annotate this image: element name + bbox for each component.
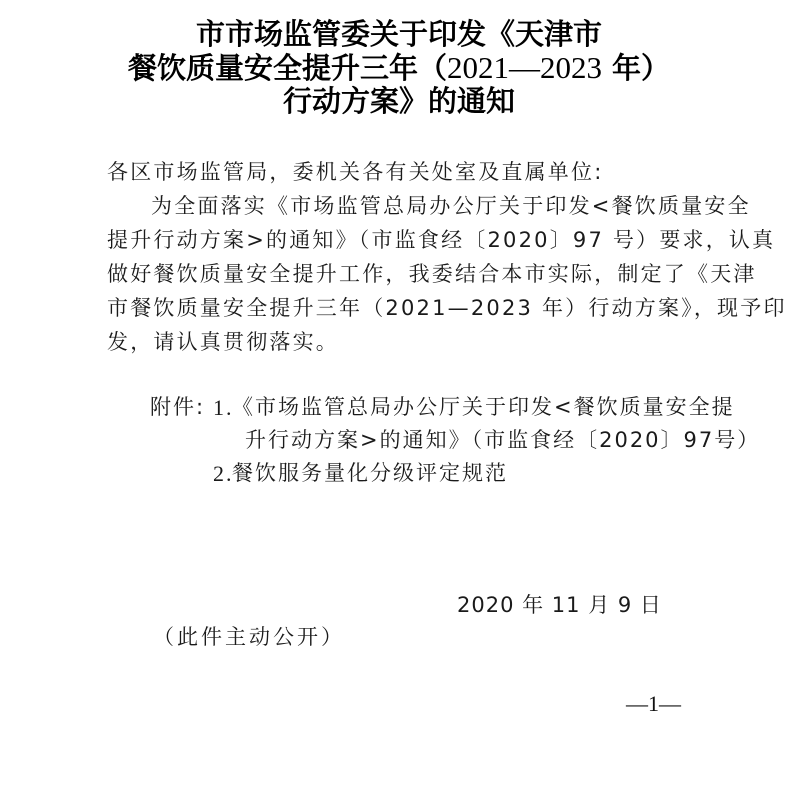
attachment-number: 2. [213,457,234,490]
public-disclosure-note: （此件主动公开） [153,622,345,652]
document-title: 市市场监管委关于印发《天津市 餐饮质量安全提升三年（2021—2023 年） 行… [100,18,698,118]
attachment-title: 餐饮服务量化分级评定规范 [232,457,508,490]
attachment-title-line-1: 《市场监管总局办公厅关于印发<餐饮质量安全提 [232,391,735,424]
title-line-2: 餐饮质量安全提升三年（2021—2023 年） [100,51,698,85]
issue-date: 2020 年 11 月 9 日 [457,590,662,620]
page-number: —1— [626,690,681,718]
body-paragraph: 为全面落实《市场监管总局办公厅关于印发<餐饮质量安全 提升行动方案>的通知》（市… [107,189,697,359]
body-line-5: 发，请认真贯彻落实。 [107,325,697,359]
title-line-3: 行动方案》的通知 [100,85,698,118]
salutation: 各区市场监管局，委机关各有关处室及直属单位: [107,155,697,189]
title-line-2-years: 2021—2023 [447,50,602,85]
body-line-2: 提升行动方案>的通知》（市监食经〔2020〕97 号）要求，认真 [107,223,697,257]
attachments-label: 附件: [150,391,205,424]
document-page: 市市场监管委关于印发《天津市 餐饮质量安全提升三年（2021—2023 年） 行… [0,0,794,796]
attachment-number: 1. [213,391,234,424]
salutation-text: 各区市场监管局，委机关各有关处室及直属单位: [107,155,697,189]
body-line-4: 市餐饮质量安全提升三年（2021—2023 年）行动方案》，现予印 [107,291,697,325]
body-line-3: 做好餐饮质量安全提升工作，我委结合本市实际，制定了《天津 [107,257,697,291]
title-line-2-prefix: 餐饮质量安全提升三年（ [128,51,447,85]
title-line-2-suffix: 年） [602,51,670,85]
attachment-title-line-2: 升行动方案>的通知》（市监食经〔2020〕97号） [245,424,760,457]
title-line-1: 市市场监管委关于印发《天津市 [100,18,698,51]
body-line-1: 为全面落实《市场监管总局办公厅关于印发<餐饮质量安全 [107,189,697,223]
